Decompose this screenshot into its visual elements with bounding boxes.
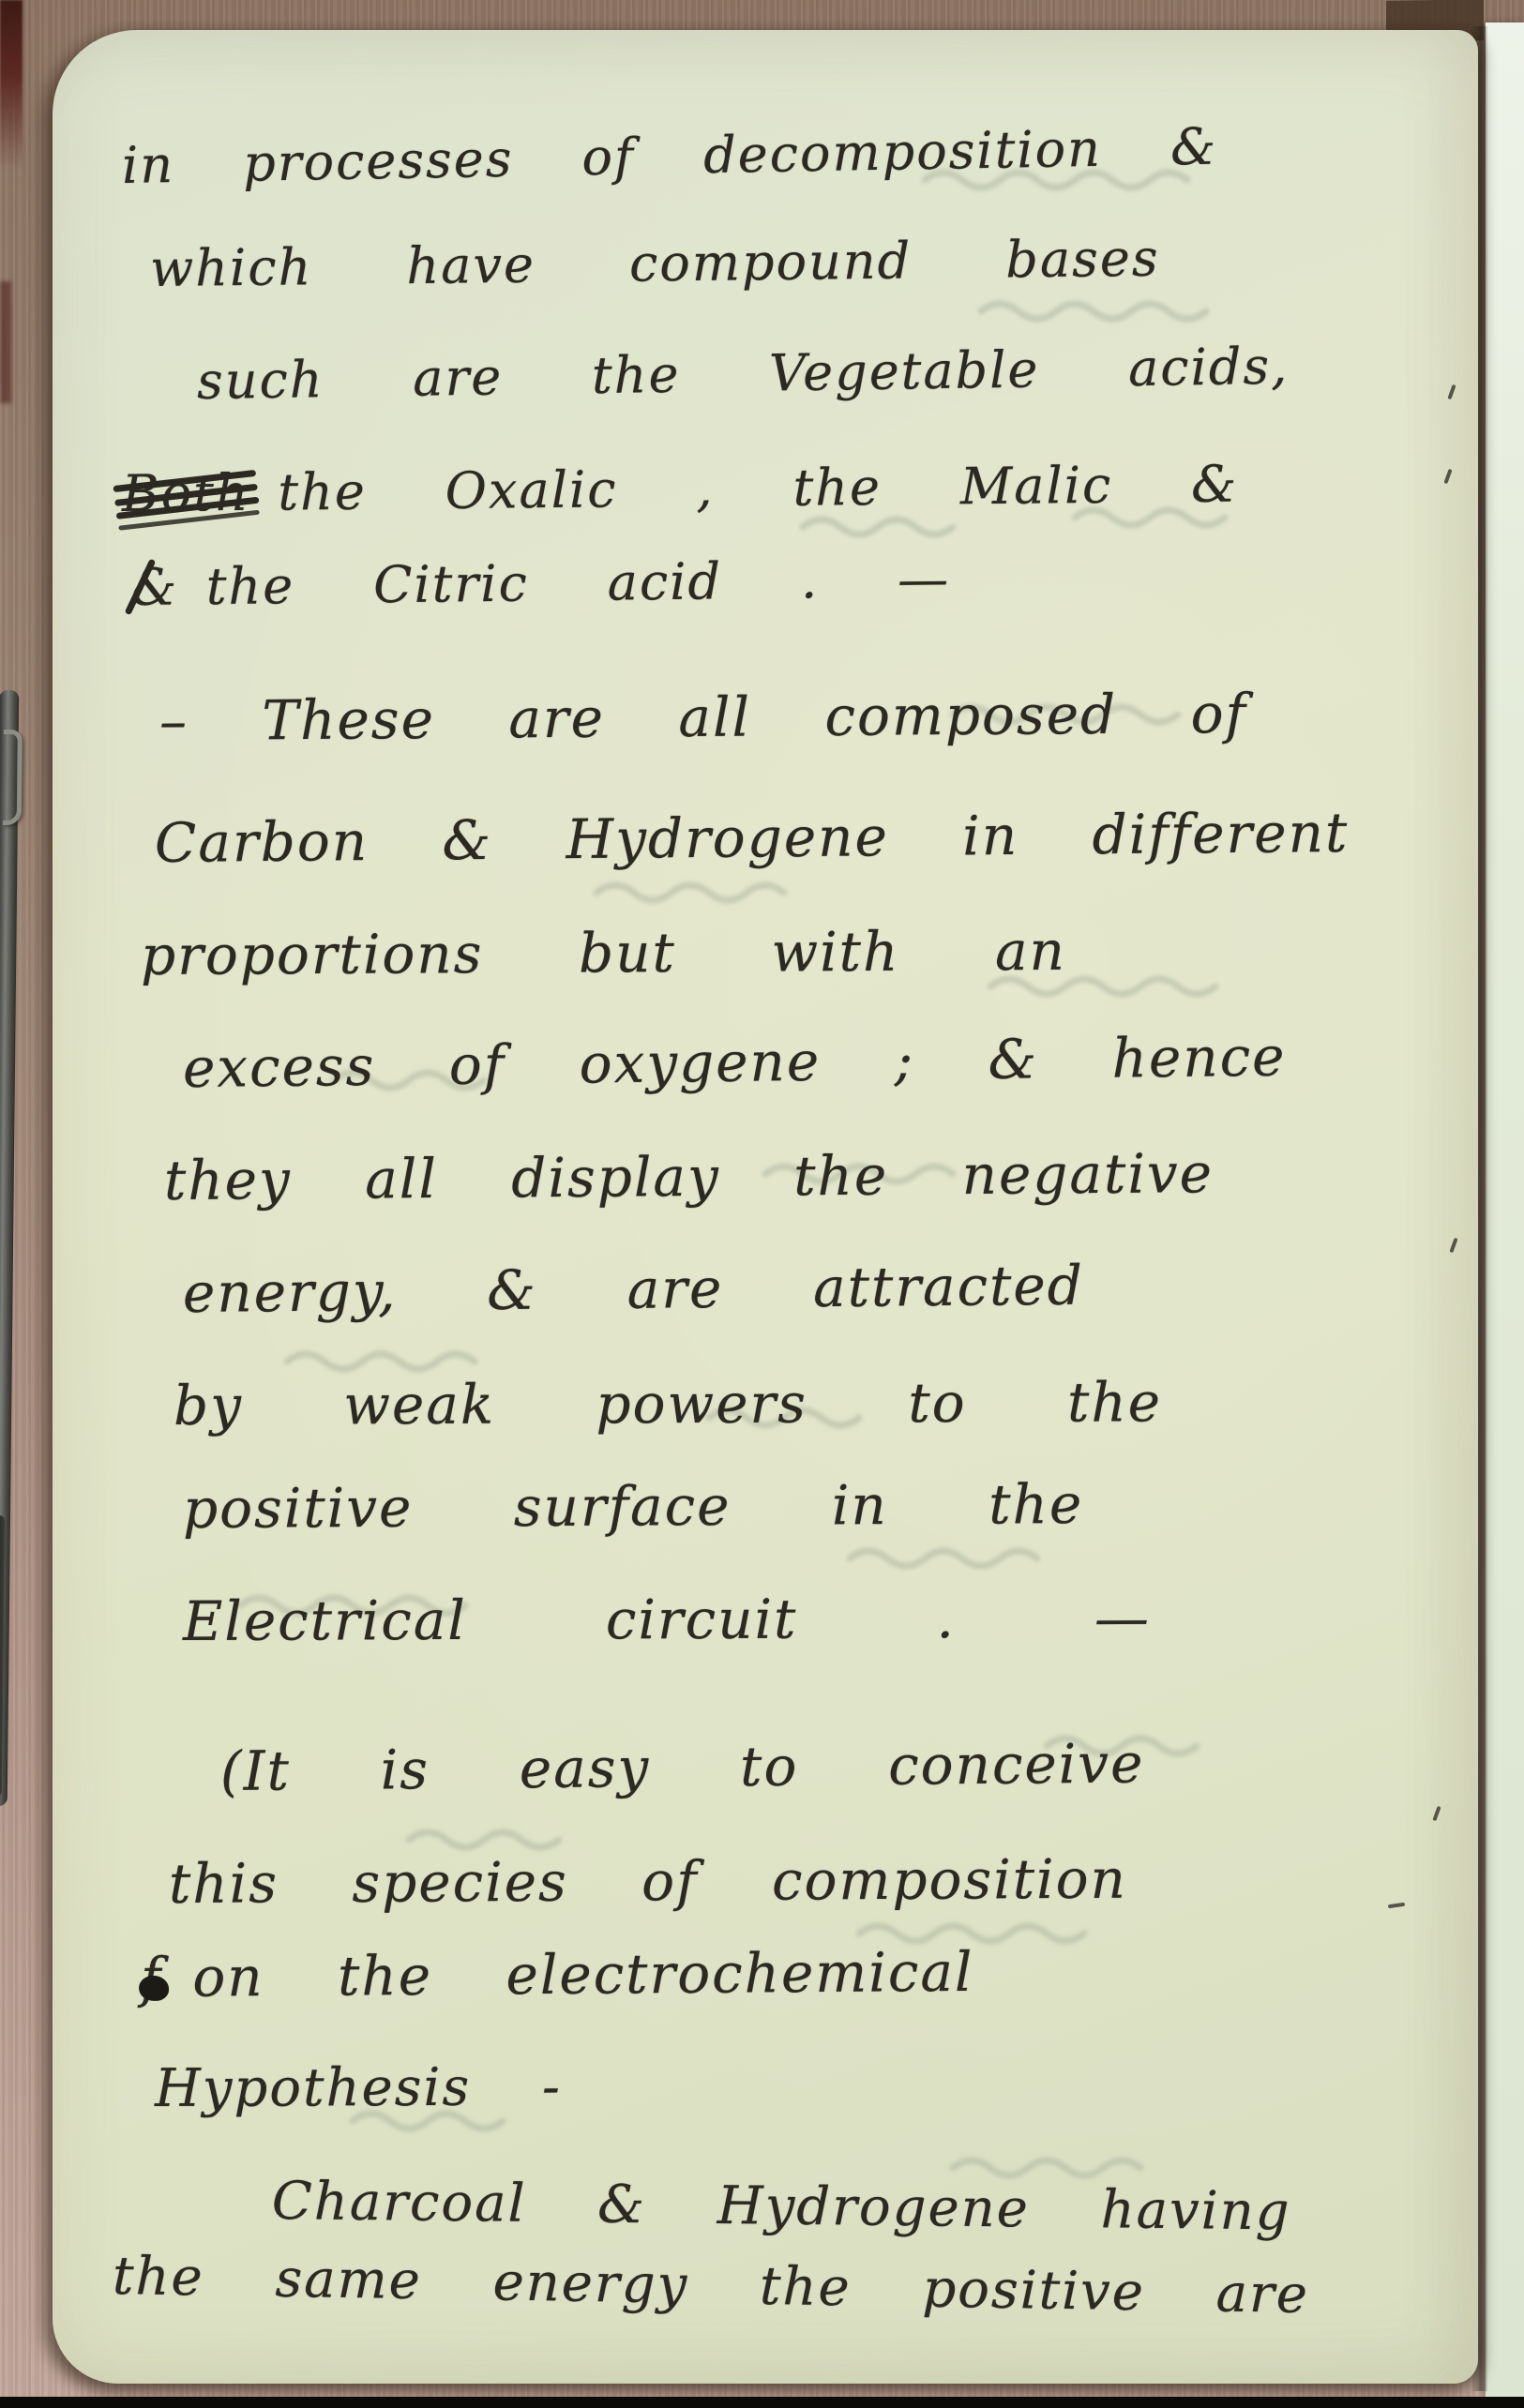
manuscript-page: in processes of decomposition & which ha… xyxy=(53,30,1478,2384)
crossed-out-word: & xyxy=(131,562,179,613)
manuscript-line: Electrical circuit . — xyxy=(183,1590,1151,1648)
manuscript-line: this species of composition xyxy=(169,1852,1127,1911)
pen-barrel-shadow xyxy=(0,1515,5,1797)
line-text: they all display the negative xyxy=(164,1141,1214,1212)
manuscript-line: Hypothesis - xyxy=(155,2061,562,2115)
crossed-out-word: f xyxy=(141,1950,163,2005)
photo-bottom-edge xyxy=(0,2397,1524,2408)
manuscript-line: – These are all composed of xyxy=(159,686,1247,748)
line-text: Hypothesis - xyxy=(155,2056,562,2119)
manuscript-line: such are the Vegetable acids, xyxy=(197,341,1290,407)
line-text: (It is easy to conceive xyxy=(220,1731,1145,1803)
manuscript-line: proportions but with an xyxy=(141,924,1066,983)
line-text: this species of composition xyxy=(169,1847,1127,1916)
line-text: – These are all composed of xyxy=(159,682,1247,753)
desk-edge-streak xyxy=(0,0,23,169)
line-text: Carbon & Hydrogene in different xyxy=(155,801,1350,875)
line-text: on the electrochemical xyxy=(192,1940,974,2009)
line-text: by weak powers to the xyxy=(174,1370,1162,1437)
manuscript-line: excess of oxygene ; & hence xyxy=(183,1030,1287,1095)
crossed-out-word: Both xyxy=(122,468,250,519)
line-text: energy, & are attracted xyxy=(183,1254,1084,1325)
underlying-page-edge xyxy=(1486,23,1524,2397)
manuscript-line: which have compound bases xyxy=(150,233,1160,294)
manuscript-line: Boththe Oxalic , the Malic & xyxy=(122,459,1239,519)
line-text: proportions but with an xyxy=(141,919,1066,987)
line-text: positive surface in the xyxy=(183,1472,1084,1541)
manuscript-line: fon the electrochemical xyxy=(141,1945,974,2005)
desk-edge-streak xyxy=(0,281,11,403)
line-text: excess of oxygene ; & hence xyxy=(183,1025,1287,1100)
line-text: Electrical circuit . — xyxy=(183,1586,1151,1653)
manuscript-line: (It is easy to conceive xyxy=(220,1736,1145,1798)
manuscript-line: Carbon & Hydrogene in different xyxy=(155,805,1350,870)
manuscript-line: energy, & are attracted xyxy=(183,1258,1084,1320)
line-text: Charcoal & Hydrogene having xyxy=(272,2171,1291,2242)
line-text: the Citric acid . — xyxy=(205,549,950,616)
manuscript-line: they all display the negative xyxy=(164,1146,1214,1208)
manuscript-line: positive surface in the xyxy=(183,1477,1084,1536)
pen-clip xyxy=(3,730,23,825)
manuscript-line: Charcoal & Hydrogene having xyxy=(272,2175,1291,2238)
line-text: which have compound bases xyxy=(150,229,1160,298)
manuscript-line: by weak powers to the xyxy=(174,1375,1162,1433)
desk-scene: in processes of decomposition & which ha… xyxy=(0,0,1524,2408)
manuscript-line: &the Citric acid . — xyxy=(131,554,951,613)
line-text: the Oxalic , the Malic & xyxy=(278,455,1238,522)
